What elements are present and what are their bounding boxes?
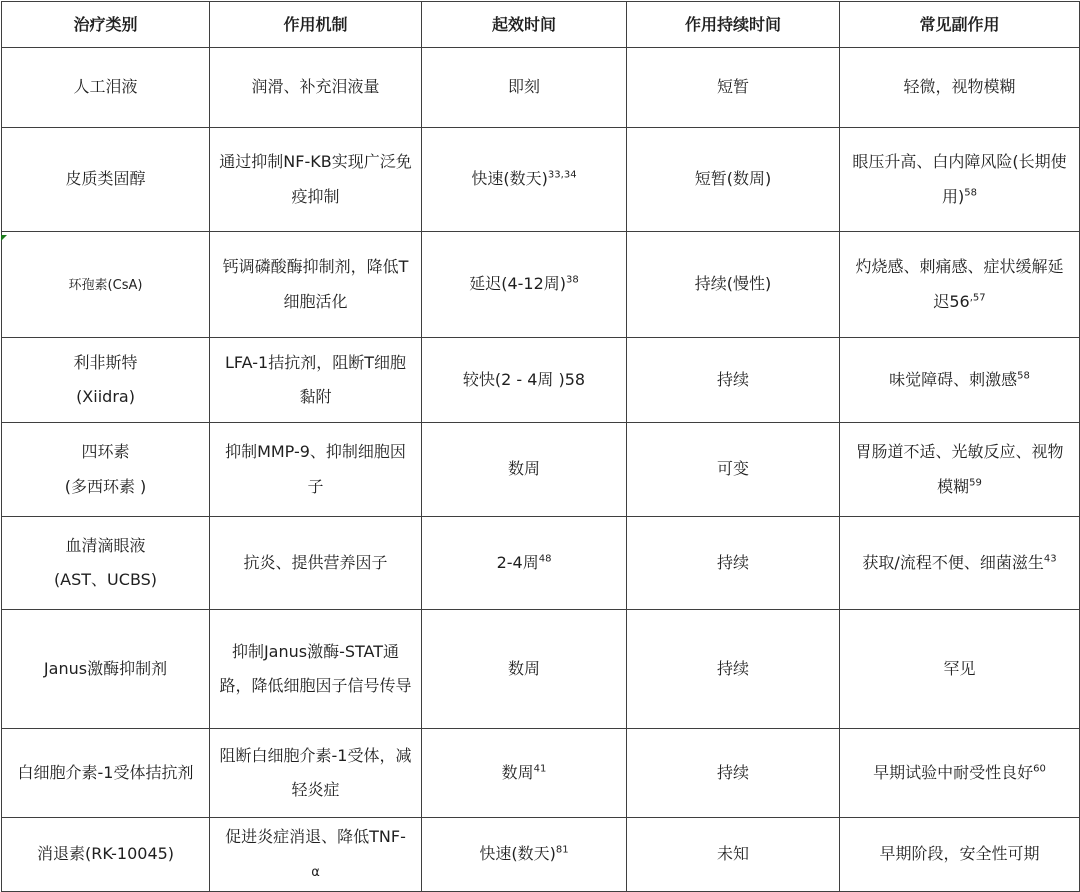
reference-superscript: 58 [964,187,977,198]
table-cell-r8-c3: 数周41 [422,729,627,818]
reference-superscript: 81 [556,845,569,856]
table-cell-r9-c5: 早期阶段，安全性可期 [840,818,1080,892]
cell-text: 持续 [717,659,749,678]
table-cell-r6-c5: 获取/流程不便、细菌滋生43 [840,517,1080,610]
column-header-mechanism: 作用机制 [210,2,422,48]
reference-superscript: ,57 [970,292,986,303]
reference-superscript: 48 [539,553,552,564]
cell-text: 延迟(4-12周) [469,274,566,293]
cell-text: 数周 [508,659,540,678]
cell-text: 阻断白细胞介素-1受体，减轻炎症 [220,746,412,799]
reference-superscript: 43 [1044,553,1057,564]
table-cell-r8-c1: 白细胞介素-1受体拮抗剂 [2,729,210,818]
cell-text: 四环素 (多西环素 ) [65,442,147,495]
table-cell-r3-c4: 持续(慢性) [627,232,840,338]
table-cell-r2-c1: 皮质类固醇 [2,128,210,232]
column-header-treatment-category: 治疗类别 [2,2,210,48]
table-cell-r5-c1: 四环素 (多西环素 ) [2,423,210,517]
reference-superscript: 38 [566,275,579,286]
table-cell-r1-c5: 轻微，视物模糊 [840,48,1080,128]
table-cell-r6-c3: 2-4周48 [422,517,627,610]
cell-text: 持续 [717,553,749,572]
table-cell-r2-c3: 快速(数天)33,34 [422,128,627,232]
table-cell-r1-c4: 短暂 [627,48,840,128]
cell-text: 罕见 [943,659,975,678]
cell-text: 钙调磷酸酶抑制剂，降低T细胞活化 [223,257,409,310]
table-cell-r6-c4: 持续 [627,517,840,610]
table-cell-r5-c4: 可变 [627,423,840,517]
cell-text: 较快(2 - 4周 )58 [463,370,585,389]
table-cell-r2-c5: 眼压升高、白内障风险(长期使用)58 [840,128,1080,232]
cell-flag-marker [1,235,7,241]
cell-text: Janus激酶抑制剂 [44,659,167,678]
table-cell-r1-c2: 润滑、补充泪液量 [210,48,422,128]
cell-text: 眼压升高、白内障风险(长期使用) [852,152,1066,205]
table-cell-r5-c5: 胃肠道不适、光敏反应、视物模糊59 [840,423,1080,517]
table-cell-r7-c4: 持续 [627,610,840,729]
table-cell-r6-c1: 血清滴眼液 (AST、UCBS) [2,517,210,610]
cell-text: 未知 [717,844,749,863]
table-row: 皮质类固醇通过抑制NF-KB实现广泛免疫抑制快速(数天)33,34短暂(数周)眼… [2,128,1080,232]
cell-text: 可变 [717,459,749,478]
cell-text: 抑制Janus激酶-STAT通路，降低细胞因子信号传导 [219,642,411,695]
cell-text: 2-4周 [497,553,539,572]
cell-text: 灼烧感、刺痛感、症状缓解延迟56 [855,257,1063,310]
cell-text: 快速(数天) [471,169,548,188]
table-cell-r3-c1: 环孢素(CsA) [2,232,210,338]
table-cell-r1-c1: 人工泪液 [2,48,210,128]
reference-superscript: 58 [1017,370,1030,381]
cell-text: 数周 [502,763,534,782]
cell-text: 短暂(数周) [695,169,772,188]
treatment-comparison-table: 治疗类别 作用机制 起效时间 作用持续时间 常见副作用 人工泪液润滑、补充泪液量… [1,1,1080,892]
table-row: 人工泪液润滑、补充泪液量即刻短暂轻微，视物模糊 [2,48,1080,128]
cell-text: 抗炎、提供营养因子 [243,553,387,572]
table-body: 人工泪液润滑、补充泪液量即刻短暂轻微，视物模糊皮质类固醇通过抑制NF-KB实现广… [2,48,1080,892]
table-cell-r9-c4: 未知 [627,818,840,892]
cell-text: 持续(慢性) [695,274,772,293]
header-row: 治疗类别 作用机制 起效时间 作用持续时间 常见副作用 [2,2,1080,48]
table-cell-r8-c2: 阻断白细胞介素-1受体，减轻炎症 [210,729,422,818]
table-row: 四环素 (多西环素 )抑制MMP-9、抑制细胞因子数周可变胃肠道不适、光敏反应、… [2,423,1080,517]
cell-text: 快速(数天) [479,844,556,863]
cell-text: 促进炎症消退、降低TNF- [225,827,406,846]
table-row: 利非斯特 (Xiidra)LFA-1拮抗剂，阻断T细胞黏附较快(2 - 4周 )… [2,338,1080,423]
reference-superscript: 59 [969,477,982,488]
table-cell-r2-c2: 通过抑制NF-KB实现广泛免疫抑制 [210,128,422,232]
cell-text: 即刻 [508,77,540,96]
table-cell-r7-c1: Janus激酶抑制剂 [2,610,210,729]
table-cell-r4-c3: 较快(2 - 4周 )58 [422,338,627,423]
cell-text: 获取/流程不便、细菌滋生 [862,553,1043,572]
table-row: 消退素(RK-10045)促进炎症消退、降低TNF- α快速(数天)81未知早期… [2,818,1080,892]
cell-text: 数周 [508,459,540,478]
cell-text: 通过抑制NF-KB实现广泛免疫抑制 [219,152,411,205]
table-cell-r4-c2: LFA-1拮抗剂，阻断T细胞黏附 [210,338,422,423]
cell-text: 白细胞介素-1受体拮抗剂 [18,763,194,782]
cell-text: 人工泪液 [73,77,137,96]
column-header-duration: 作用持续时间 [627,2,840,48]
cell-text: 利非斯特 (Xiidra) [73,353,137,406]
table-cell-r7-c3: 数周 [422,610,627,729]
cell-text: 胃肠道不适、光敏反应、视物模糊 [855,442,1063,495]
table-cell-r7-c2: 抑制Janus激酶-STAT通路，降低细胞因子信号传导 [210,610,422,729]
cell-text: α [311,865,320,880]
cell-text: 味觉障碍、刺激感 [889,370,1017,389]
reference-superscript: 60 [1033,763,1046,774]
table-cell-r3-c2: 钙调磷酸酶抑制剂，降低T细胞活化 [210,232,422,338]
table-cell-r4-c4: 持续 [627,338,840,423]
cell-text: 早期试验中耐受性良好 [873,763,1033,782]
cell-text: 轻微，视物模糊 [903,77,1015,96]
cell-text: 润滑、补充泪液量 [251,77,379,96]
table-cell-r8-c5: 早期试验中耐受性良好60 [840,729,1080,818]
table-cell-r6-c2: 抗炎、提供营养因子 [210,517,422,610]
table-cell-r9-c1: 消退素(RK-10045) [2,818,210,892]
cell-text: 持续 [717,370,749,389]
table-cell-r1-c3: 即刻 [422,48,627,128]
table-row: 白细胞介素-1受体拮抗剂阻断白细胞介素-1受体，减轻炎症数周41持续早期试验中耐… [2,729,1080,818]
column-header-onset-time: 起效时间 [422,2,627,48]
cell-text: 消退素(RK-10045) [37,844,174,863]
table-cell-r8-c4: 持续 [627,729,840,818]
reference-superscript: 33,34 [548,170,577,181]
cell-text: LFA-1拮抗剂，阻断T细胞黏附 [225,353,406,406]
table-cell-r4-c5: 味觉障碍、刺激感58 [840,338,1080,423]
cell-text: 环孢素(CsA) [69,278,143,293]
cell-text: 抑制MMP-9、抑制细胞因子 [225,442,406,495]
column-header-side-effects: 常见副作用 [840,2,1080,48]
table-row: 血清滴眼液 (AST、UCBS)抗炎、提供营养因子2-4周48持续获取/流程不便… [2,517,1080,610]
table-cell-r9-c3: 快速(数天)81 [422,818,627,892]
table-cell-r9-c2: 促进炎症消退、降低TNF- α [210,818,422,892]
cell-text: 血清滴眼液 (AST、UCBS) [54,536,157,589]
cell-text: 早期阶段，安全性可期 [879,844,1039,863]
cell-text: 皮质类固醇 [65,169,145,188]
table-cell-r7-c5: 罕见 [840,610,1080,729]
table-row: 环孢素(CsA)钙调磷酸酶抑制剂，降低T细胞活化延迟(4-12周)38持续(慢性… [2,232,1080,338]
table-cell-r4-c1: 利非斯特 (Xiidra) [2,338,210,423]
table-cell-r3-c3: 延迟(4-12周)38 [422,232,627,338]
reference-superscript: 41 [534,763,547,774]
table-cell-r5-c2: 抑制MMP-9、抑制细胞因子 [210,423,422,517]
cell-text: 持续 [717,763,749,782]
table-row: Janus激酶抑制剂抑制Janus激酶-STAT通路，降低细胞因子信号传导数周持… [2,610,1080,729]
table-cell-r2-c4: 短暂(数周) [627,128,840,232]
table-cell-r5-c3: 数周 [422,423,627,517]
cell-text: 短暂 [717,77,749,96]
table-cell-r3-c5: 灼烧感、刺痛感、症状缓解延迟56,57 [840,232,1080,338]
